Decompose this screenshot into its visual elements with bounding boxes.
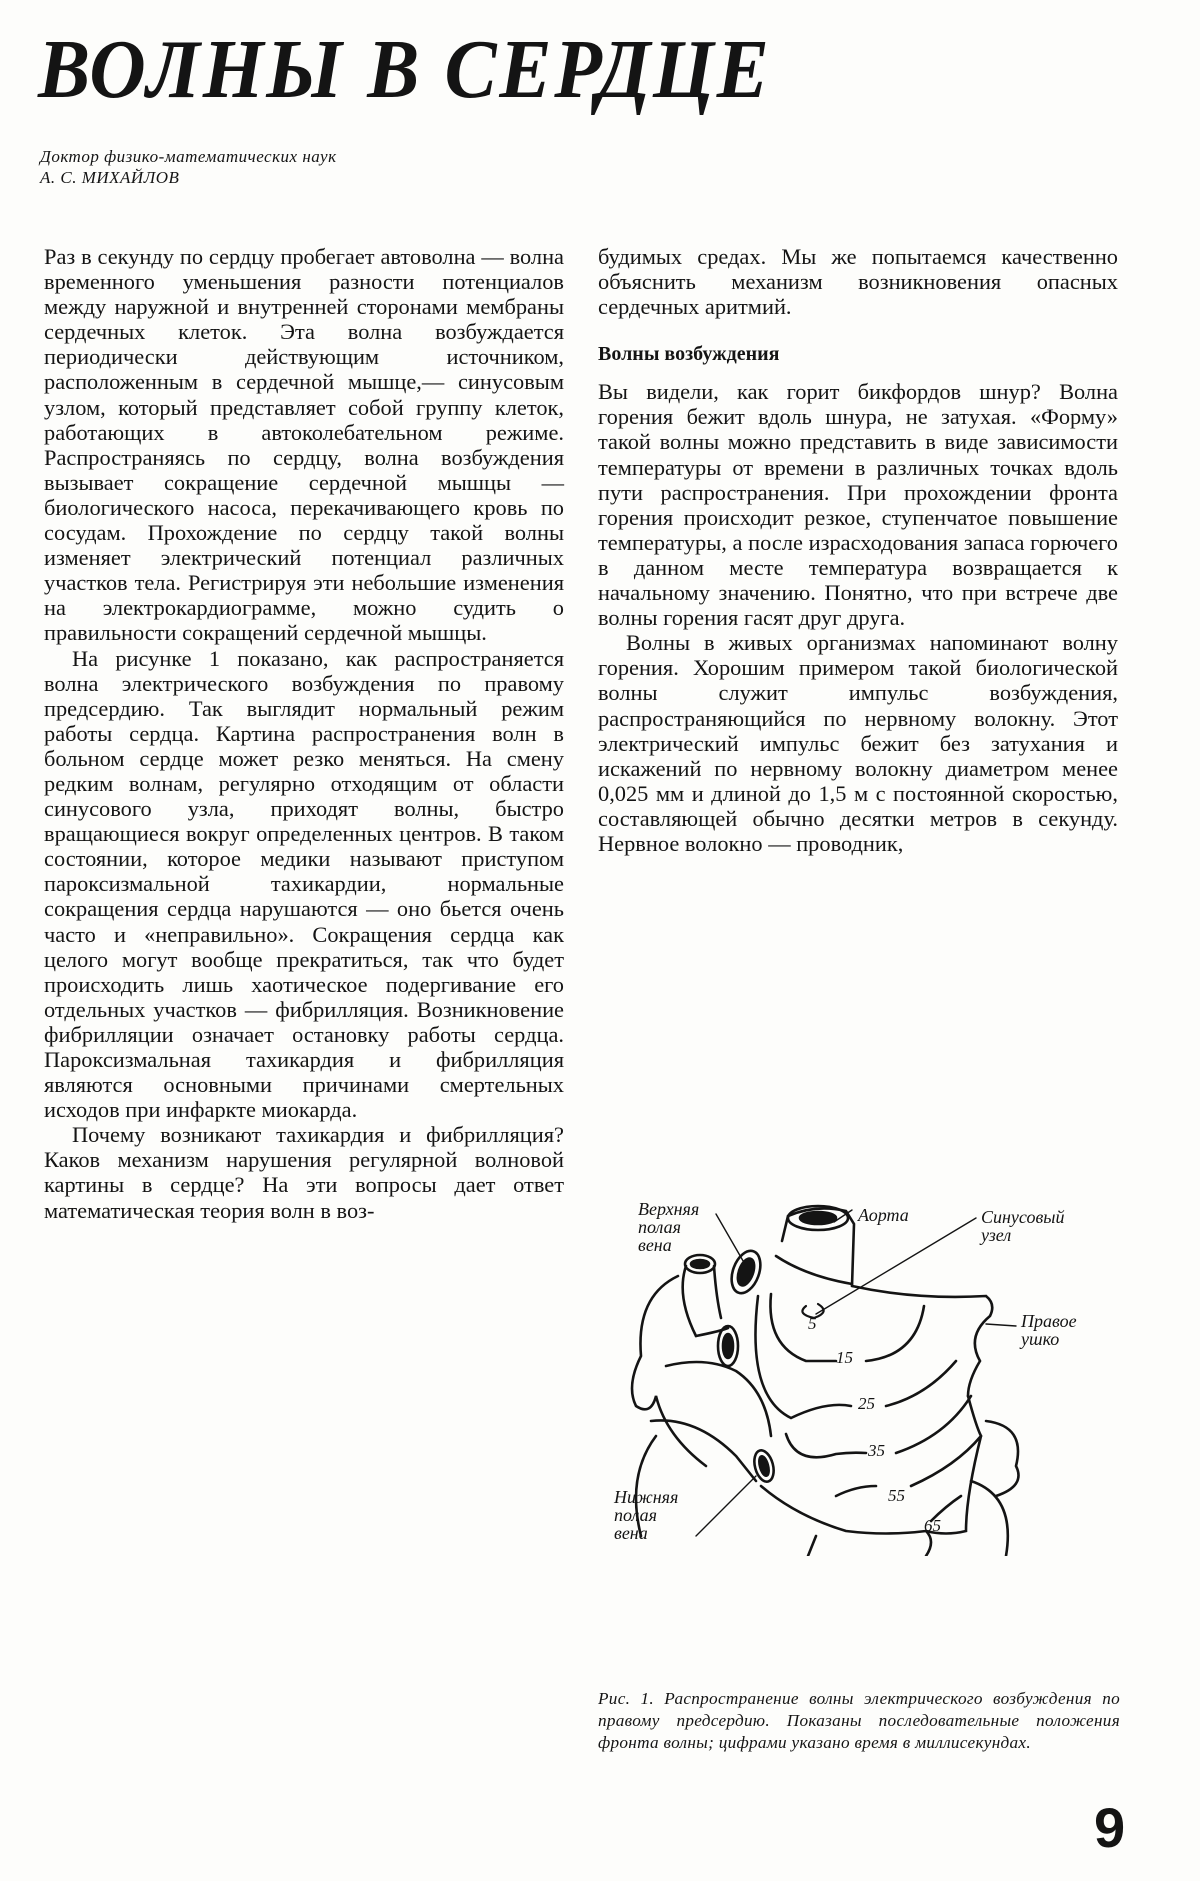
- right-column: будимых средах. Мы же попытаемся качеств…: [598, 244, 1118, 856]
- wavefront-time: 55: [888, 1486, 905, 1506]
- figure-caption: Рис. 1. Распространение волны электричес…: [598, 1688, 1120, 1754]
- paragraph-continuation: будимых средах. Мы же попытаемся качеств…: [598, 244, 1118, 319]
- wavefront-time: 65: [924, 1516, 941, 1536]
- author-degree: Доктор физико-математических наук: [40, 146, 337, 167]
- byline: Доктор физико-математических наук А. С. …: [40, 146, 337, 188]
- wavefront-time: 15: [836, 1348, 853, 1368]
- paragraph: Раз в секунду по сердцу пробегает автово…: [44, 244, 564, 646]
- paragraph: На рисунке 1 показано, как распространяе…: [44, 646, 564, 1123]
- article-title: ВОЛНЫ В СЕРДЦЕ: [38, 28, 772, 112]
- left-column: Раз в секунду по сердцу пробегает автово…: [44, 244, 564, 1223]
- section-heading: Волны возбуждения: [598, 342, 1118, 366]
- label-lower-vena-cava: Нижняя полая вена: [614, 1488, 678, 1542]
- heart-figure: Верхняя полая вена Аорта Синусовый узел …: [596, 1196, 1116, 1556]
- wavefront-time: 5: [808, 1314, 817, 1334]
- label-upper-vena-cava: Верхняя полая вена: [638, 1200, 699, 1254]
- author-name: А. С. МИХАЙЛОВ: [40, 167, 337, 188]
- wavefront-time: 35: [868, 1441, 885, 1461]
- label-aorta: Аорта: [858, 1206, 909, 1224]
- paragraph: Волны в живых организмах напоминают волн…: [598, 630, 1118, 856]
- paragraph: Почему возникают тахикардия и фибрилляци…: [44, 1122, 564, 1222]
- label-sinus-node: Синусовый узел: [981, 1208, 1064, 1244]
- page-number: 9: [1094, 1800, 1125, 1856]
- paragraph: Вы видели, как горит бикфордов шнур? Вол…: [598, 379, 1118, 630]
- label-right-auricle: Правое ушко: [1021, 1312, 1077, 1348]
- wavefront-time: 25: [858, 1394, 875, 1414]
